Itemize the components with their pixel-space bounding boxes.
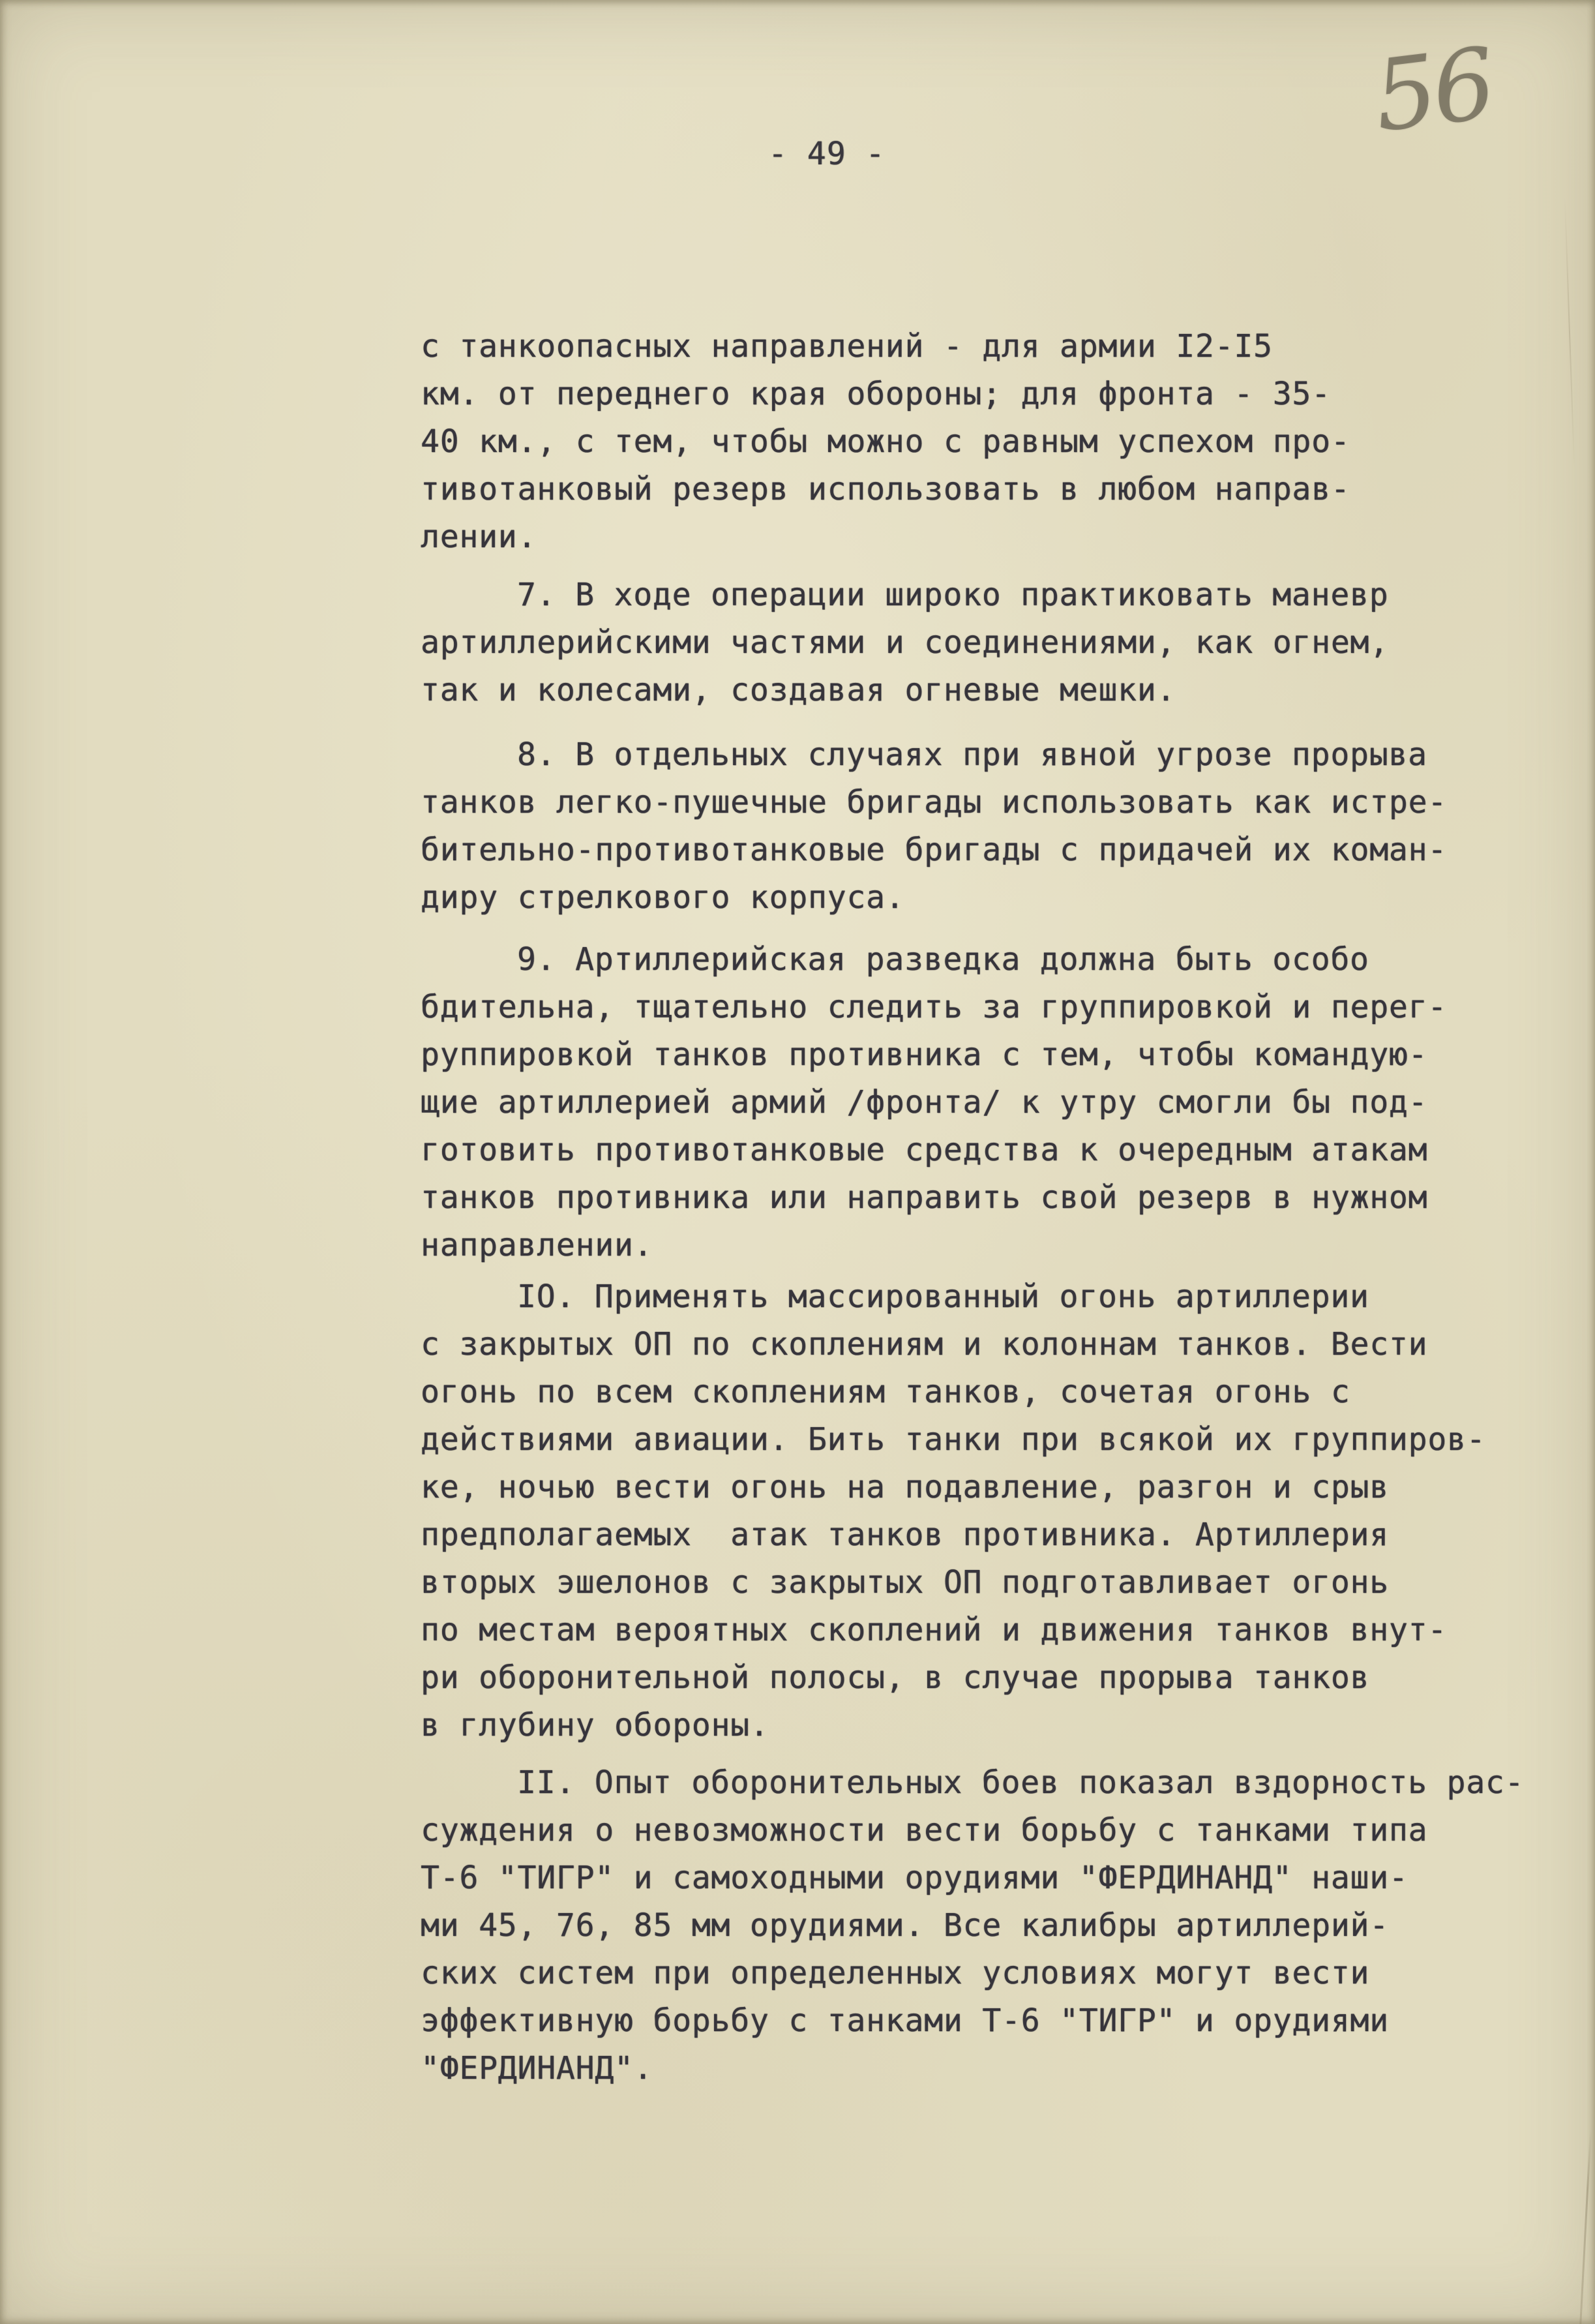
- paper-crease: [1564, 196, 1575, 470]
- text-line: танков легко-пушечные бригады использова…: [421, 779, 1490, 826]
- paper-crease: [1579, 2130, 1592, 2324]
- text-line: "ФЕРДИНАНД".: [421, 2045, 1490, 2092]
- text-line: км. от переднего края обороны; для фронт…: [421, 370, 1490, 418]
- text-line: Т-6 "ТИГР" и самоходными орудиями "ФЕРДИ…: [421, 1854, 1490, 1902]
- paragraph-item-11: II. Опыт оборонительных боев показал взд…: [421, 1759, 1490, 2092]
- paragraph-item-10: IО. Применять массированный огонь артилл…: [421, 1273, 1490, 1749]
- text-line: танков противника или направить свой рез…: [421, 1174, 1490, 1222]
- text-line: с закрытых ОП по скоплениям и колоннам т…: [421, 1321, 1490, 1368]
- paragraph-item-8: 8. В отдельных случаях при явной угрозе …: [421, 731, 1490, 922]
- text-line: вторых эшелонов с закрытых ОП подготавли…: [421, 1559, 1490, 1607]
- text-line: щие артиллерией армий /фронта/ к утру см…: [421, 1079, 1490, 1126]
- text-line: суждения о невозможности вести борьбу с …: [421, 1807, 1490, 1854]
- paragraph-item-7: 7. В ходе операции широко практиковать м…: [421, 571, 1490, 714]
- text-line: по местам вероятных скоплений и движения…: [421, 1607, 1490, 1654]
- text-line: эффективную борьбу с танками Т-6 "ТИГР" …: [421, 1997, 1490, 2045]
- text-line: действиями авиации. Бить танки при всяко…: [421, 1416, 1490, 1464]
- text-line: огонь по всем скоплениям танков, сочетая…: [421, 1368, 1490, 1416]
- text-line: бдительна, тщательно следить за группиро…: [421, 984, 1490, 1031]
- scanned-page: 56 - 49 - с танкоопасных направлений - д…: [0, 0, 1595, 2324]
- text-line: готовить противотанковые средства к очер…: [421, 1126, 1490, 1174]
- text-line: лении.: [421, 513, 1490, 561]
- text-line: бительно-противотанковые бригады с прида…: [421, 826, 1490, 874]
- text-line: в глубину обороны.: [421, 1702, 1490, 1749]
- text-line: направлении.: [421, 1222, 1490, 1269]
- text-line: предполагаемых атак танков противника. А…: [421, 1511, 1490, 1559]
- text-line: тивотанковый резерв использовать в любом…: [421, 466, 1490, 513]
- text-line: так и колесами, создавая огневые мешки.: [421, 667, 1490, 714]
- text-line: ских систем при определенных условиях мо…: [421, 1950, 1490, 1997]
- text-line: IО. Применять массированный огонь артилл…: [421, 1273, 1490, 1321]
- text-block: с танкоопасных направлений - для армии I…: [421, 323, 1490, 2092]
- text-line: 8. В отдельных случаях при явной угрозе …: [421, 731, 1490, 779]
- text-line: ми 45, 76, 85 мм орудиями. Все калибры а…: [421, 1902, 1490, 1950]
- paragraph-continuation: с танкоопасных направлений - для армии I…: [421, 323, 1490, 561]
- handwritten-page-number: 56: [1368, 27, 1498, 155]
- typed-page-number: - 49 -: [768, 136, 885, 172]
- text-line: 7. В ходе операции широко практиковать м…: [421, 571, 1490, 619]
- text-line: с танкоопасных направлений - для армии I…: [421, 323, 1490, 370]
- text-line: артиллерийскими частями и соединениями, …: [421, 619, 1490, 667]
- text-line: ри оборонительной полосы, в случае проры…: [421, 1654, 1490, 1702]
- text-line: ке, ночью вести огонь на подавление, раз…: [421, 1464, 1490, 1511]
- text-line: 9. Артиллерийская разведка должна быть о…: [421, 936, 1490, 984]
- text-line: диру стрелкового корпуса.: [421, 874, 1490, 922]
- paragraph-item-9: 9. Артиллерийская разведка должна быть о…: [421, 936, 1490, 1269]
- text-line: руппировкой танков противника с тем, что…: [421, 1031, 1490, 1079]
- text-line: II. Опыт оборонительных боев показал взд…: [421, 1759, 1490, 1807]
- text-line: 40 км., с тем, чтобы можно с равным успе…: [421, 418, 1490, 466]
